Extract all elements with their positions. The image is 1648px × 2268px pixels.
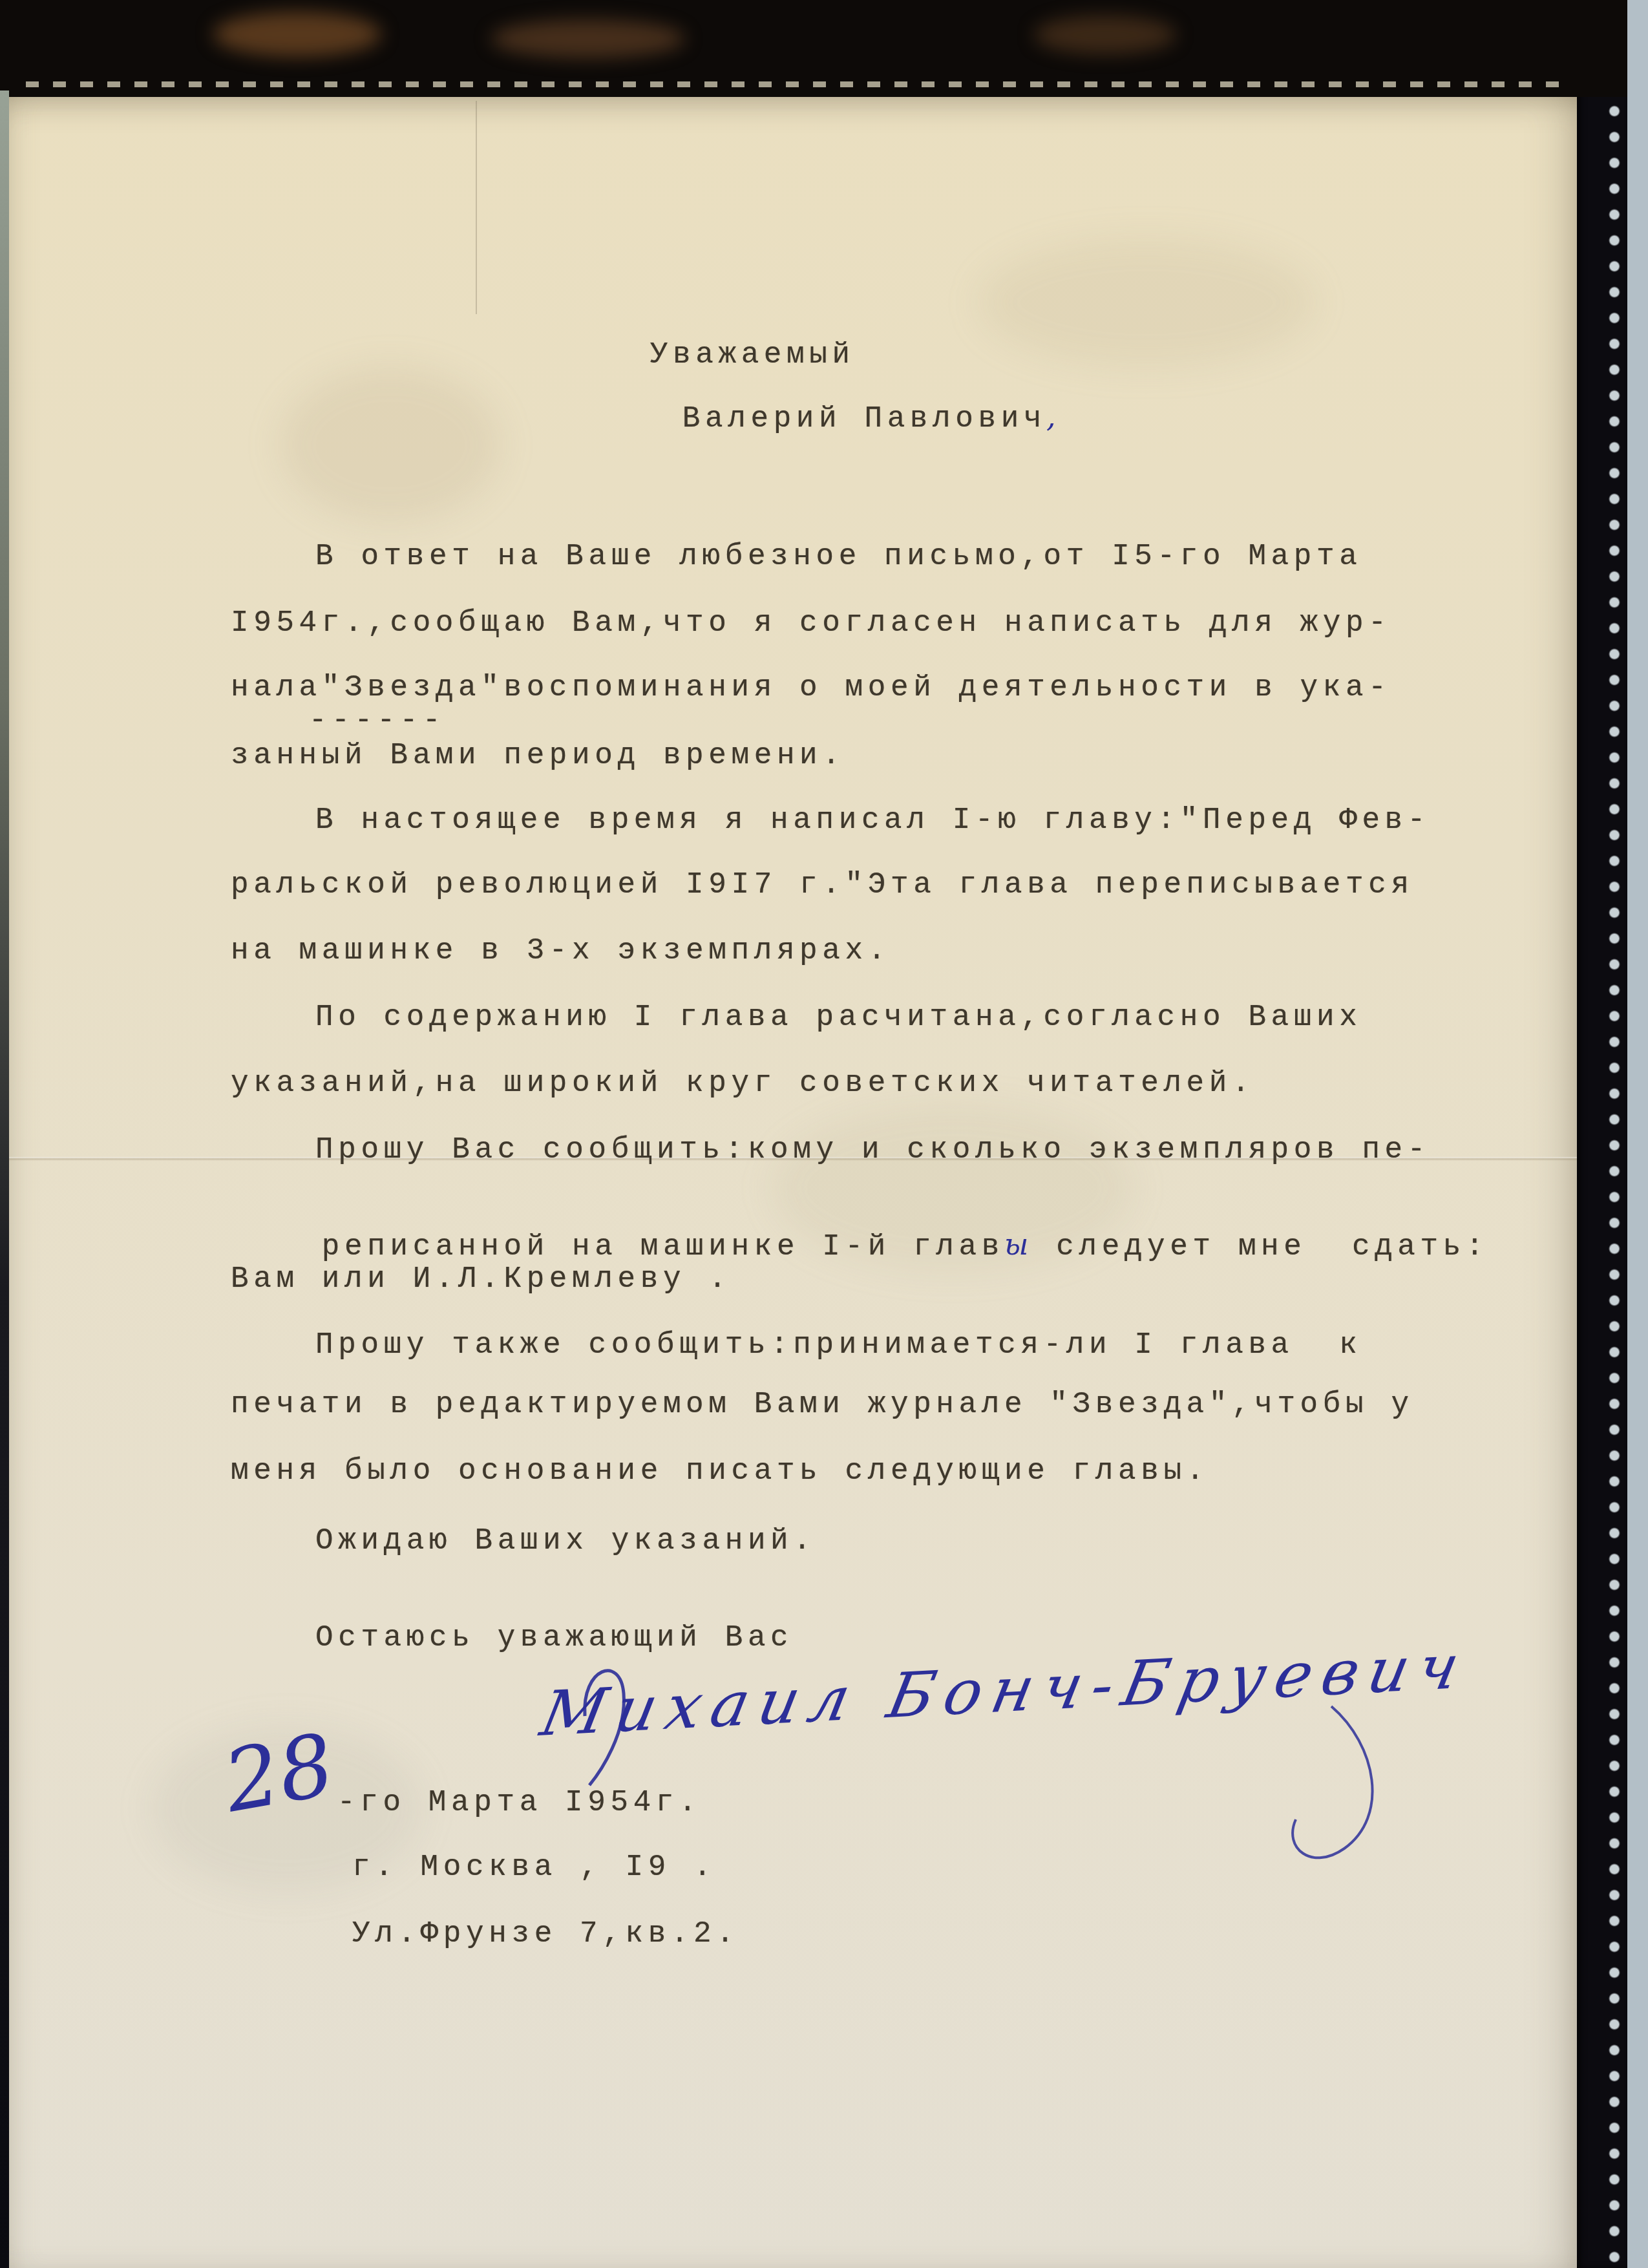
handwritten-day: 28	[218, 1722, 340, 1825]
signature-flourish	[0, 0, 1648, 2268]
letter-scan: Уважаемый Валерий Павлович, В ответ на В…	[0, 0, 1648, 2268]
